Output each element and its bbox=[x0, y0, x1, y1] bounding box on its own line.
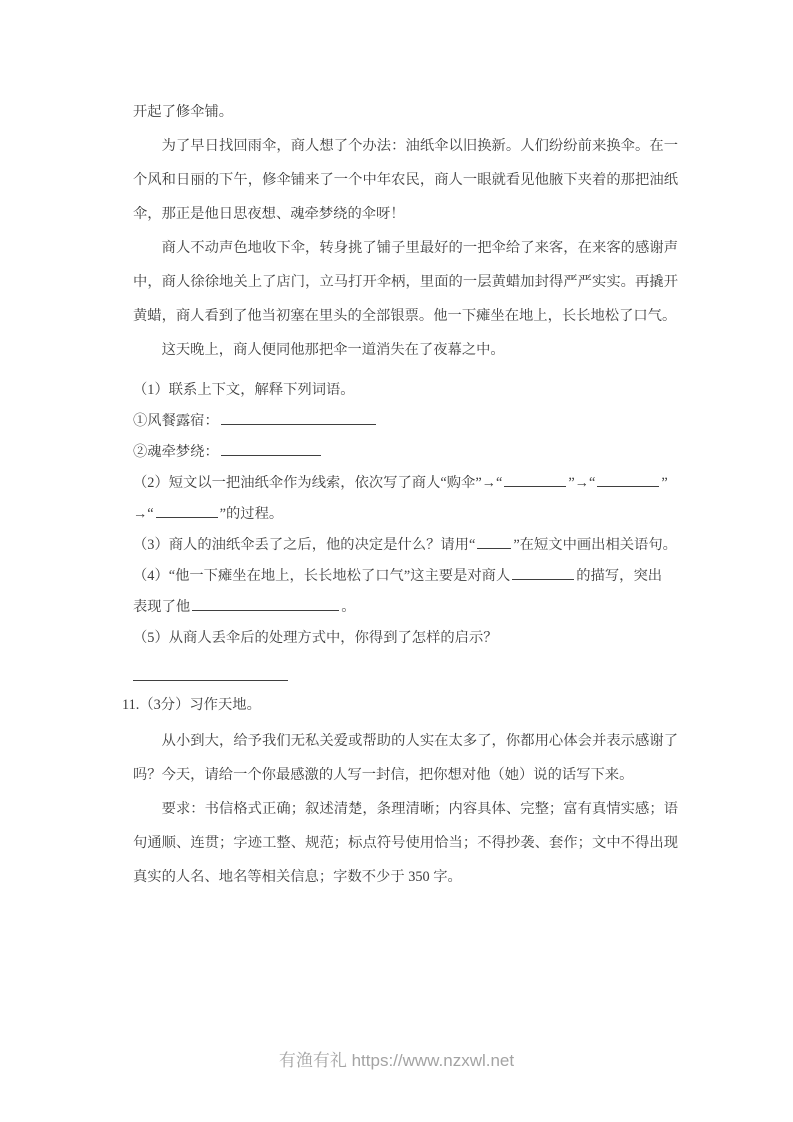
subquestion-3-text-a: （3）商人的油纸伞丢了之后，他的决定是什么？请用“ bbox=[133, 537, 475, 553]
answer-blank-description-type bbox=[512, 566, 574, 580]
subquestion-1-item-2: ②魂牵梦绕： bbox=[133, 437, 678, 468]
answer-blank-insight bbox=[133, 670, 288, 681]
page-content: 开起了修伞铺。 为了早日找回雨伞，商人想了个办法：油纸伞以旧换新。人们纷纷前来换… bbox=[133, 95, 678, 894]
subquestion-4-line-1: （4）“他一下瘫坐在地上，长长地松了口气”这主要是对商人的描写，突出 bbox=[133, 561, 678, 592]
answer-blank-step-1 bbox=[504, 473, 566, 487]
question-10-subquestions: （1）联系上下文，解释下列词语。 ①风餐露宿： ②魂牵梦绕： （2）短文以一把油… bbox=[133, 375, 678, 681]
word-2-label: ②魂牵梦绕： bbox=[133, 444, 219, 460]
mark-line-blank bbox=[477, 535, 511, 549]
subquestion-4-text-d: 。 bbox=[341, 599, 355, 615]
word-1-label: ①风餐露宿： bbox=[133, 413, 219, 429]
subquestion-1-label: （1）联系上下文，解释下列词语。 bbox=[133, 375, 678, 406]
passage-paragraph-3: 这天晚上，商人便同他那把伞一道消失在了夜幕之中。 bbox=[133, 333, 678, 367]
answer-blank-step-2 bbox=[597, 473, 659, 487]
answer-blank-step-3 bbox=[156, 504, 218, 518]
passage-paragraph-1: 为了早日找回雨伞，商人想了个办法：油纸伞以旧换新。人们纷纷前来换伞。在一个风和日… bbox=[133, 129, 678, 231]
subquestion-4-text-c: 表现了他 bbox=[133, 599, 190, 615]
footer-site-text: 有渔有礼 https://www.nzxwl.net bbox=[279, 1051, 514, 1070]
question-11-prompt: 从小到大，给予我们无私关爱或帮助的人实在太多了，你都用心体会并表示感谢了吗？今天… bbox=[133, 724, 678, 792]
subquestion-3-text-b: ”在短文中画出相关语句。 bbox=[513, 537, 677, 553]
question-11-requirements: 要求：书信格式正确；叙述清楚，条理清晰；内容具体、完整；富有真情实感；语句通顺、… bbox=[133, 792, 678, 894]
passage-paragraph-2: 商人不动声色地收下伞，转身挑了铺子里最好的一把伞给了来客，在来客的感谢声中，商人… bbox=[133, 231, 678, 333]
passage-continuation-line: 开起了修伞铺。 bbox=[133, 95, 678, 129]
subquestion-3-label: （3）商人的油纸伞丢了之后，他的决定是什么？请用“”在短文中画出相关语句。 bbox=[133, 530, 678, 561]
subquestion-1-item-1: ①风餐露宿： bbox=[133, 406, 678, 437]
subquestion-4-text-b: 的描写，突出 bbox=[576, 568, 662, 584]
answer-blank-expression bbox=[192, 597, 339, 611]
page-footer: 有渔有礼 https://www.nzxwl.net bbox=[0, 1048, 793, 1074]
subquestion-2-text-b: ”→“ bbox=[568, 475, 595, 491]
subquestion-2-text-d: →“ bbox=[133, 506, 154, 522]
answer-blank-word-1 bbox=[221, 411, 376, 425]
subquestion-2-line-2: →“”的过程。 bbox=[133, 499, 678, 530]
subquestion-2-text-c: ” bbox=[661, 475, 667, 491]
subquestion-2-line-1: （2）短文以一把油纸伞作为线索，依次写了商人“购伞”→“”→“” bbox=[133, 468, 678, 499]
exam-page: 开起了修伞铺。 为了早日找回雨伞，商人想了个办法：油纸伞以旧换新。人们纷纷前来换… bbox=[0, 0, 793, 1122]
subquestion-5-label: （5）从商人丢伞后的处理方式中，你得到了怎样的启示？ bbox=[133, 623, 678, 654]
subquestion-4-line-2: 表现了他。 bbox=[133, 592, 678, 623]
subquestion-1-text: （1）联系上下文，解释下列词语。 bbox=[133, 382, 355, 398]
subquestion-4-text-a: （4）“他一下瘫坐在地上，长长地松了口气”这主要是对商人 bbox=[133, 568, 510, 584]
subquestion-2-text-e: ”的过程。 bbox=[220, 506, 284, 522]
subquestion-5-text: （5）从商人丢伞后的处理方式中，你得到了怎样的启示？ bbox=[133, 630, 498, 646]
subquestion-2-text-a: （2）短文以一把油纸伞作为线索，依次写了商人“购伞”→“ bbox=[133, 475, 502, 491]
answer-blank-word-2 bbox=[221, 442, 321, 456]
question-11-heading: 11.（3分）习作天地。 bbox=[122, 688, 678, 722]
